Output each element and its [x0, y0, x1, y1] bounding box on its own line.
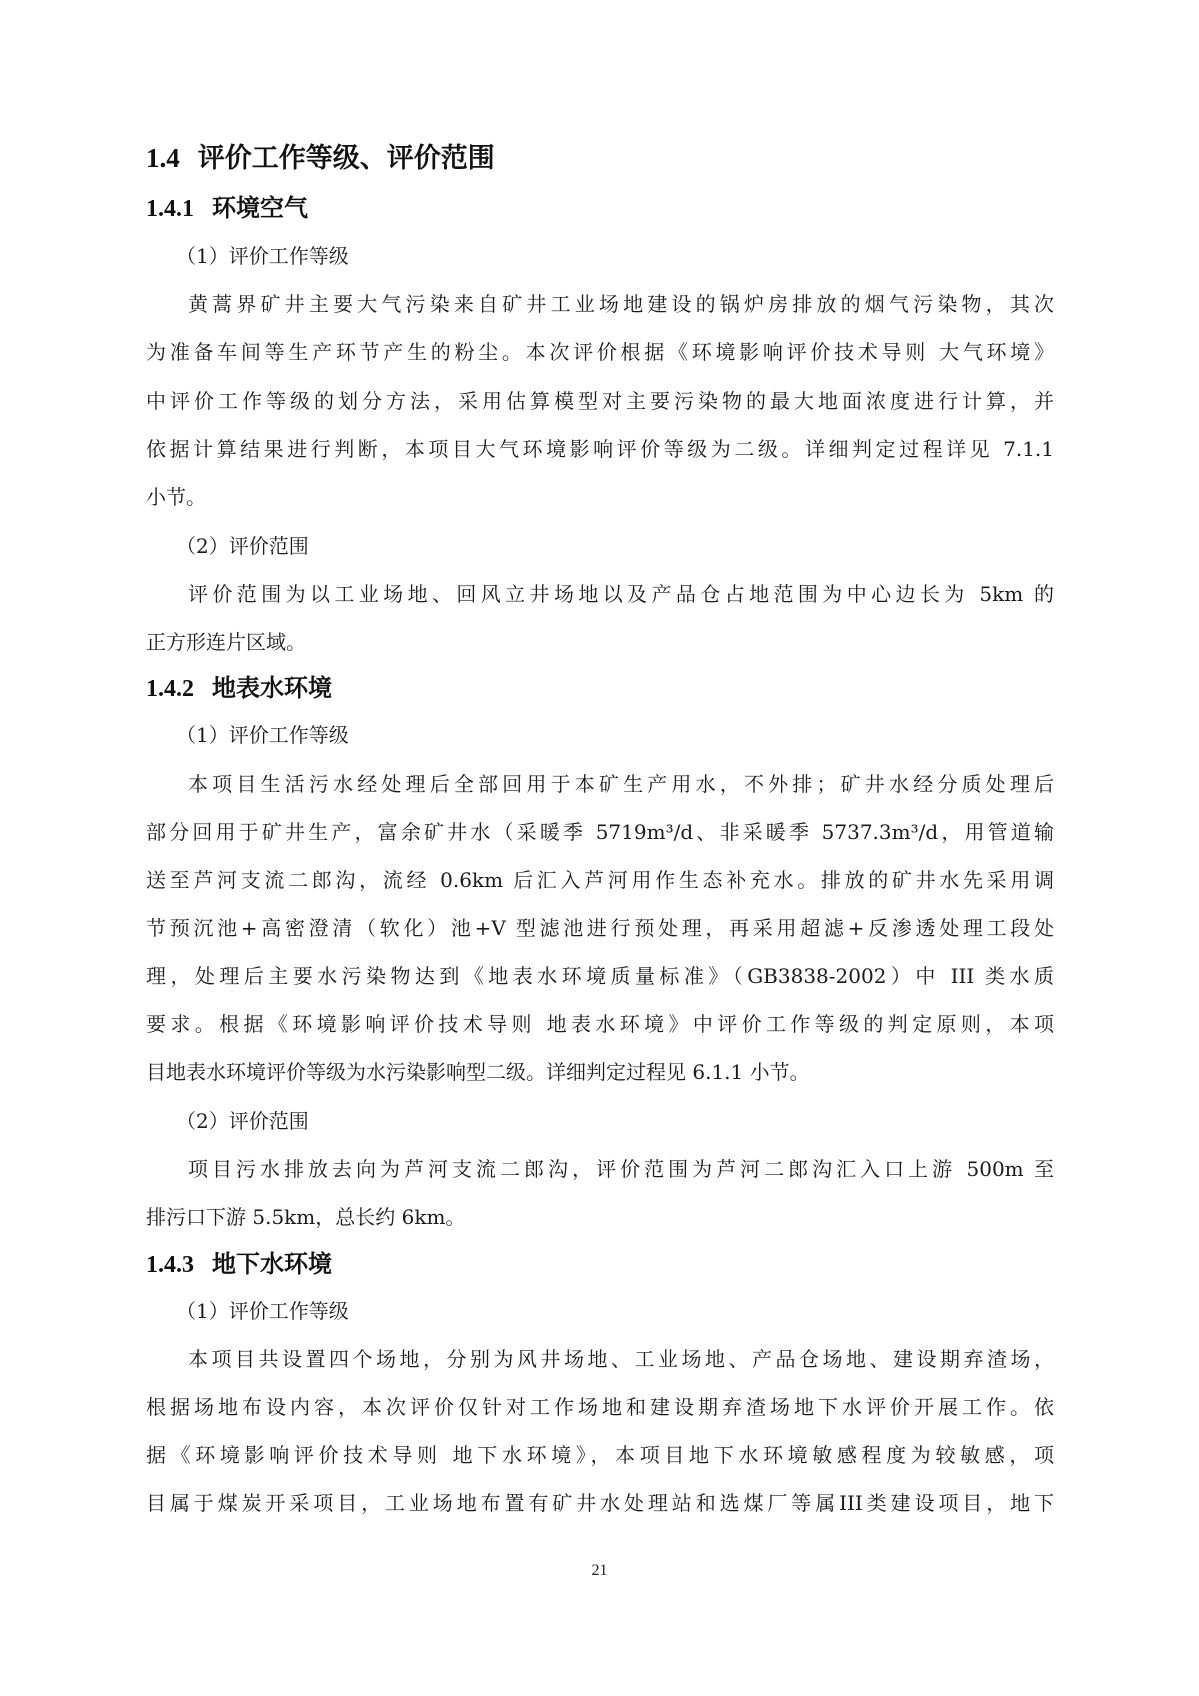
- paragraph-line: 目地表水环境评价等级为水污染影响型二级。详细判定过程见 6.1.1 小节。: [146, 1057, 1054, 1087]
- paragraph-line: 黄蒿界矿井主要大气污染来自矿井工业场地建设的锅炉房排放的烟气污染物，其次: [188, 289, 1054, 319]
- page-number: 21: [0, 1562, 1199, 1580]
- paragraph-line: 据《环境影响评价技术导则 地下水环境》，本项目地下水环境敏感程度为较敏感，项: [146, 1440, 1054, 1470]
- paragraph-line: 根据场地布设内容，本次评价仅针对工作场地和建设期弃渣场地下水评价开展工作。依: [146, 1392, 1054, 1422]
- scope-heading: （2）评价范围: [176, 1106, 309, 1136]
- paragraph-line: 目属于煤炭开采项目，工业场地布置有矿井水处理站和选煤厂等属III类建设项目，地下: [146, 1488, 1054, 1518]
- paragraph-line: 理，处理后主要水污染物达到《地表水环境质量标准》（GB3838-2002）中 I…: [146, 961, 1054, 991]
- paragraph-line: 本项目生活污水经处理后全部回用于本矿生产用水，不外排；矿井水经分质处理后: [188, 769, 1054, 799]
- paragraph-line: 项目污水排放去向为芦河支流二郎沟，评价范围为芦河二郎沟汇入口上游 500m 至: [188, 1154, 1054, 1184]
- grade-heading: （1）评价工作等级: [176, 241, 349, 271]
- subsection-number: 1.4.3: [146, 1252, 194, 1278]
- paragraph-line: 小节。: [146, 482, 1054, 512]
- paragraph-line: 送至芦河支流二郎沟，流经 0.6km 后汇入芦河用作生态补充水。排放的矿井水先采…: [146, 865, 1054, 895]
- paragraph-line: 本项目共设置四个场地，分别为风井场地、工业场地、产品仓场地、建设期弃渣场，: [188, 1344, 1054, 1374]
- subsection-heading: 1.4.2地表水环境: [146, 672, 332, 705]
- scope-heading: （2）评价范围: [176, 531, 309, 561]
- grade-heading: （1）评价工作等级: [176, 1296, 349, 1326]
- section-number: 1.4: [146, 143, 180, 173]
- paragraph-line: 排污口下游 5.5km，总长约 6km。: [146, 1202, 1054, 1232]
- grade-heading: （1）评价工作等级: [176, 720, 349, 750]
- subsection-heading: 1.4.3地下水环境: [146, 1248, 332, 1281]
- subsection-title: 环境空气: [212, 194, 308, 222]
- section-heading: 1.4评价工作等级、评价范围: [146, 140, 495, 177]
- section-title: 评价工作等级、评价范围: [198, 143, 495, 174]
- subsection-title: 地下水环境: [212, 1250, 332, 1278]
- paragraph-line: 正方形连片区域。: [146, 627, 1054, 657]
- paragraph-line: 中评价工作等级的划分方法，采用估算模型对主要污染物的最大地面浓度进行计算，并: [146, 386, 1054, 416]
- document-page: 1.4评价工作等级、评价范围 1.4.1环境空气 （1）评价工作等级 黄蒿界矿井…: [0, 0, 1199, 1696]
- paragraph-line: 依据计算结果进行判断，本项目大气环境影响评价等级为二级。详细判定过程详见 7.1…: [146, 434, 1054, 464]
- paragraph-line: 评价范围为以工业场地、回风立井场地以及产品仓占地范围为中心边长为 5km 的: [188, 579, 1054, 609]
- paragraph-line: 要求。根据《环境影响评价技术导则 地表水环境》中评价工作等级的判定原则，本项: [146, 1009, 1054, 1039]
- paragraph-line: 部分回用于矿井生产，富余矿井水（采暖季 5719m³/d、非采暖季 5737.3…: [146, 817, 1054, 847]
- paragraph-line: 节预沉池+高密澄清（软化）池+V 型滤池进行预处理，再采用超滤+反渗透处理工段处: [146, 913, 1054, 943]
- paragraph-line: 为准备车间等生产环节产生的粉尘。本次评价根据《环境影响评价技术导则 大气环境》: [146, 337, 1054, 367]
- subsection-number: 1.4.1: [146, 196, 194, 222]
- subsection-number: 1.4.2: [146, 676, 194, 702]
- subsection-heading: 1.4.1环境空气: [146, 192, 308, 225]
- subsection-title: 地表水环境: [212, 674, 332, 702]
